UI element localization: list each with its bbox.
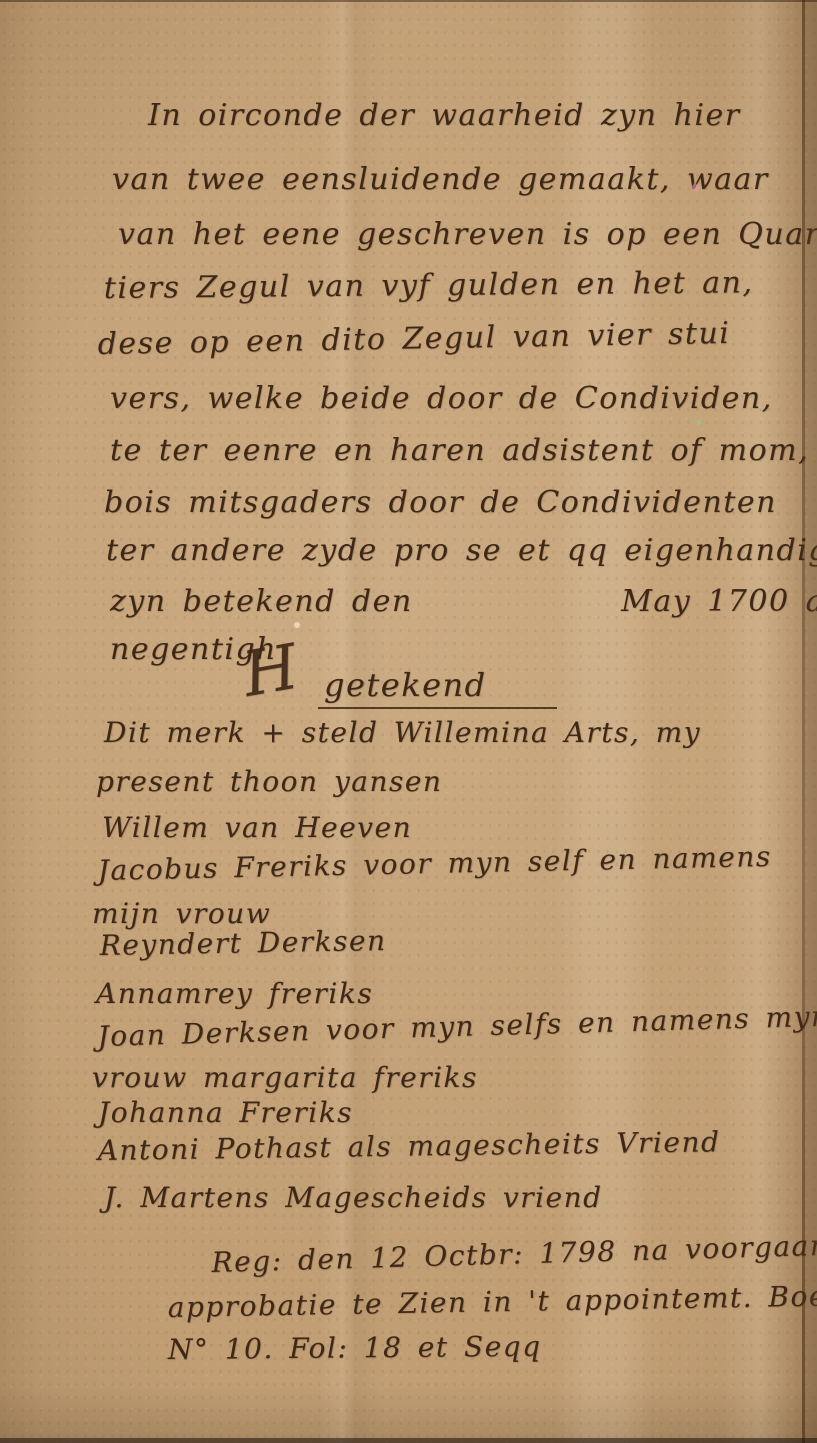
paper-stain [696, 420, 701, 425]
signature-line: Johanna Freriks [98, 1096, 353, 1129]
body-line: ter andere zyde pro se et qq eigenhandig [106, 533, 817, 568]
signature-line: mijn vrouw [92, 897, 271, 930]
adjacent-page-edge [805, 0, 817, 1443]
page-fold-line [802, 0, 805, 1443]
registration-line: Reg: den 12 Octbr: 1798 na voorgaande [211, 1228, 817, 1279]
signature-line: Reyndert Derksen [99, 924, 386, 962]
body-line-date: zyn betekend den May 1700 agt en [110, 584, 817, 619]
scan-edge-top [0, 0, 817, 2]
manuscript-page: In oirconde der waarheid zyn hier van tw… [0, 0, 817, 1443]
registration-line: approbatie te Zien in 't appointemt. Boe… [167, 1279, 817, 1324]
scan-edge-bottom [0, 1438, 817, 1443]
getekend-heading: getekend [318, 666, 557, 709]
signature-line: Annamrey freriks [96, 977, 373, 1010]
body-line: tiers Zegul van vyf gulden en het an, [104, 265, 754, 306]
body-line: dese op een dito Zegul van vier stui [97, 316, 730, 362]
body-line: bois mitsgaders door de Condividenten [104, 485, 777, 520]
flourish-mark: H [237, 629, 304, 711]
paper-stain [692, 184, 699, 191]
signature-line: Jacobus Freriks voor myn self en namens [97, 840, 772, 887]
registration-line: N° 10. Fol: 18 et Seqq [168, 1330, 542, 1366]
paper-stain [294, 622, 300, 628]
signature-line: Dit merk + steld Willemina Arts, my [104, 716, 701, 749]
body-line: van het eene geschreven is op een Quar [118, 217, 817, 252]
signature-line: Willem van Heeven [102, 811, 412, 844]
body-line: In oirconde der waarheid zyn hier [148, 98, 741, 133]
signature-line: J. Martens Magescheids vriend [104, 1181, 603, 1214]
signature-line: present thoon yansen [96, 765, 442, 798]
body-line: van twee eensluidende gemaakt, waar [112, 162, 769, 197]
body-line: vers, welke beide door de Condividen, [110, 381, 773, 416]
body-line: te ter eenre en haren adsistent of mom, [110, 433, 809, 468]
signature-line: Antoni Pothast als magescheits Vriend [98, 1125, 721, 1167]
signature-line: vrouw margarita freriks [92, 1061, 478, 1094]
